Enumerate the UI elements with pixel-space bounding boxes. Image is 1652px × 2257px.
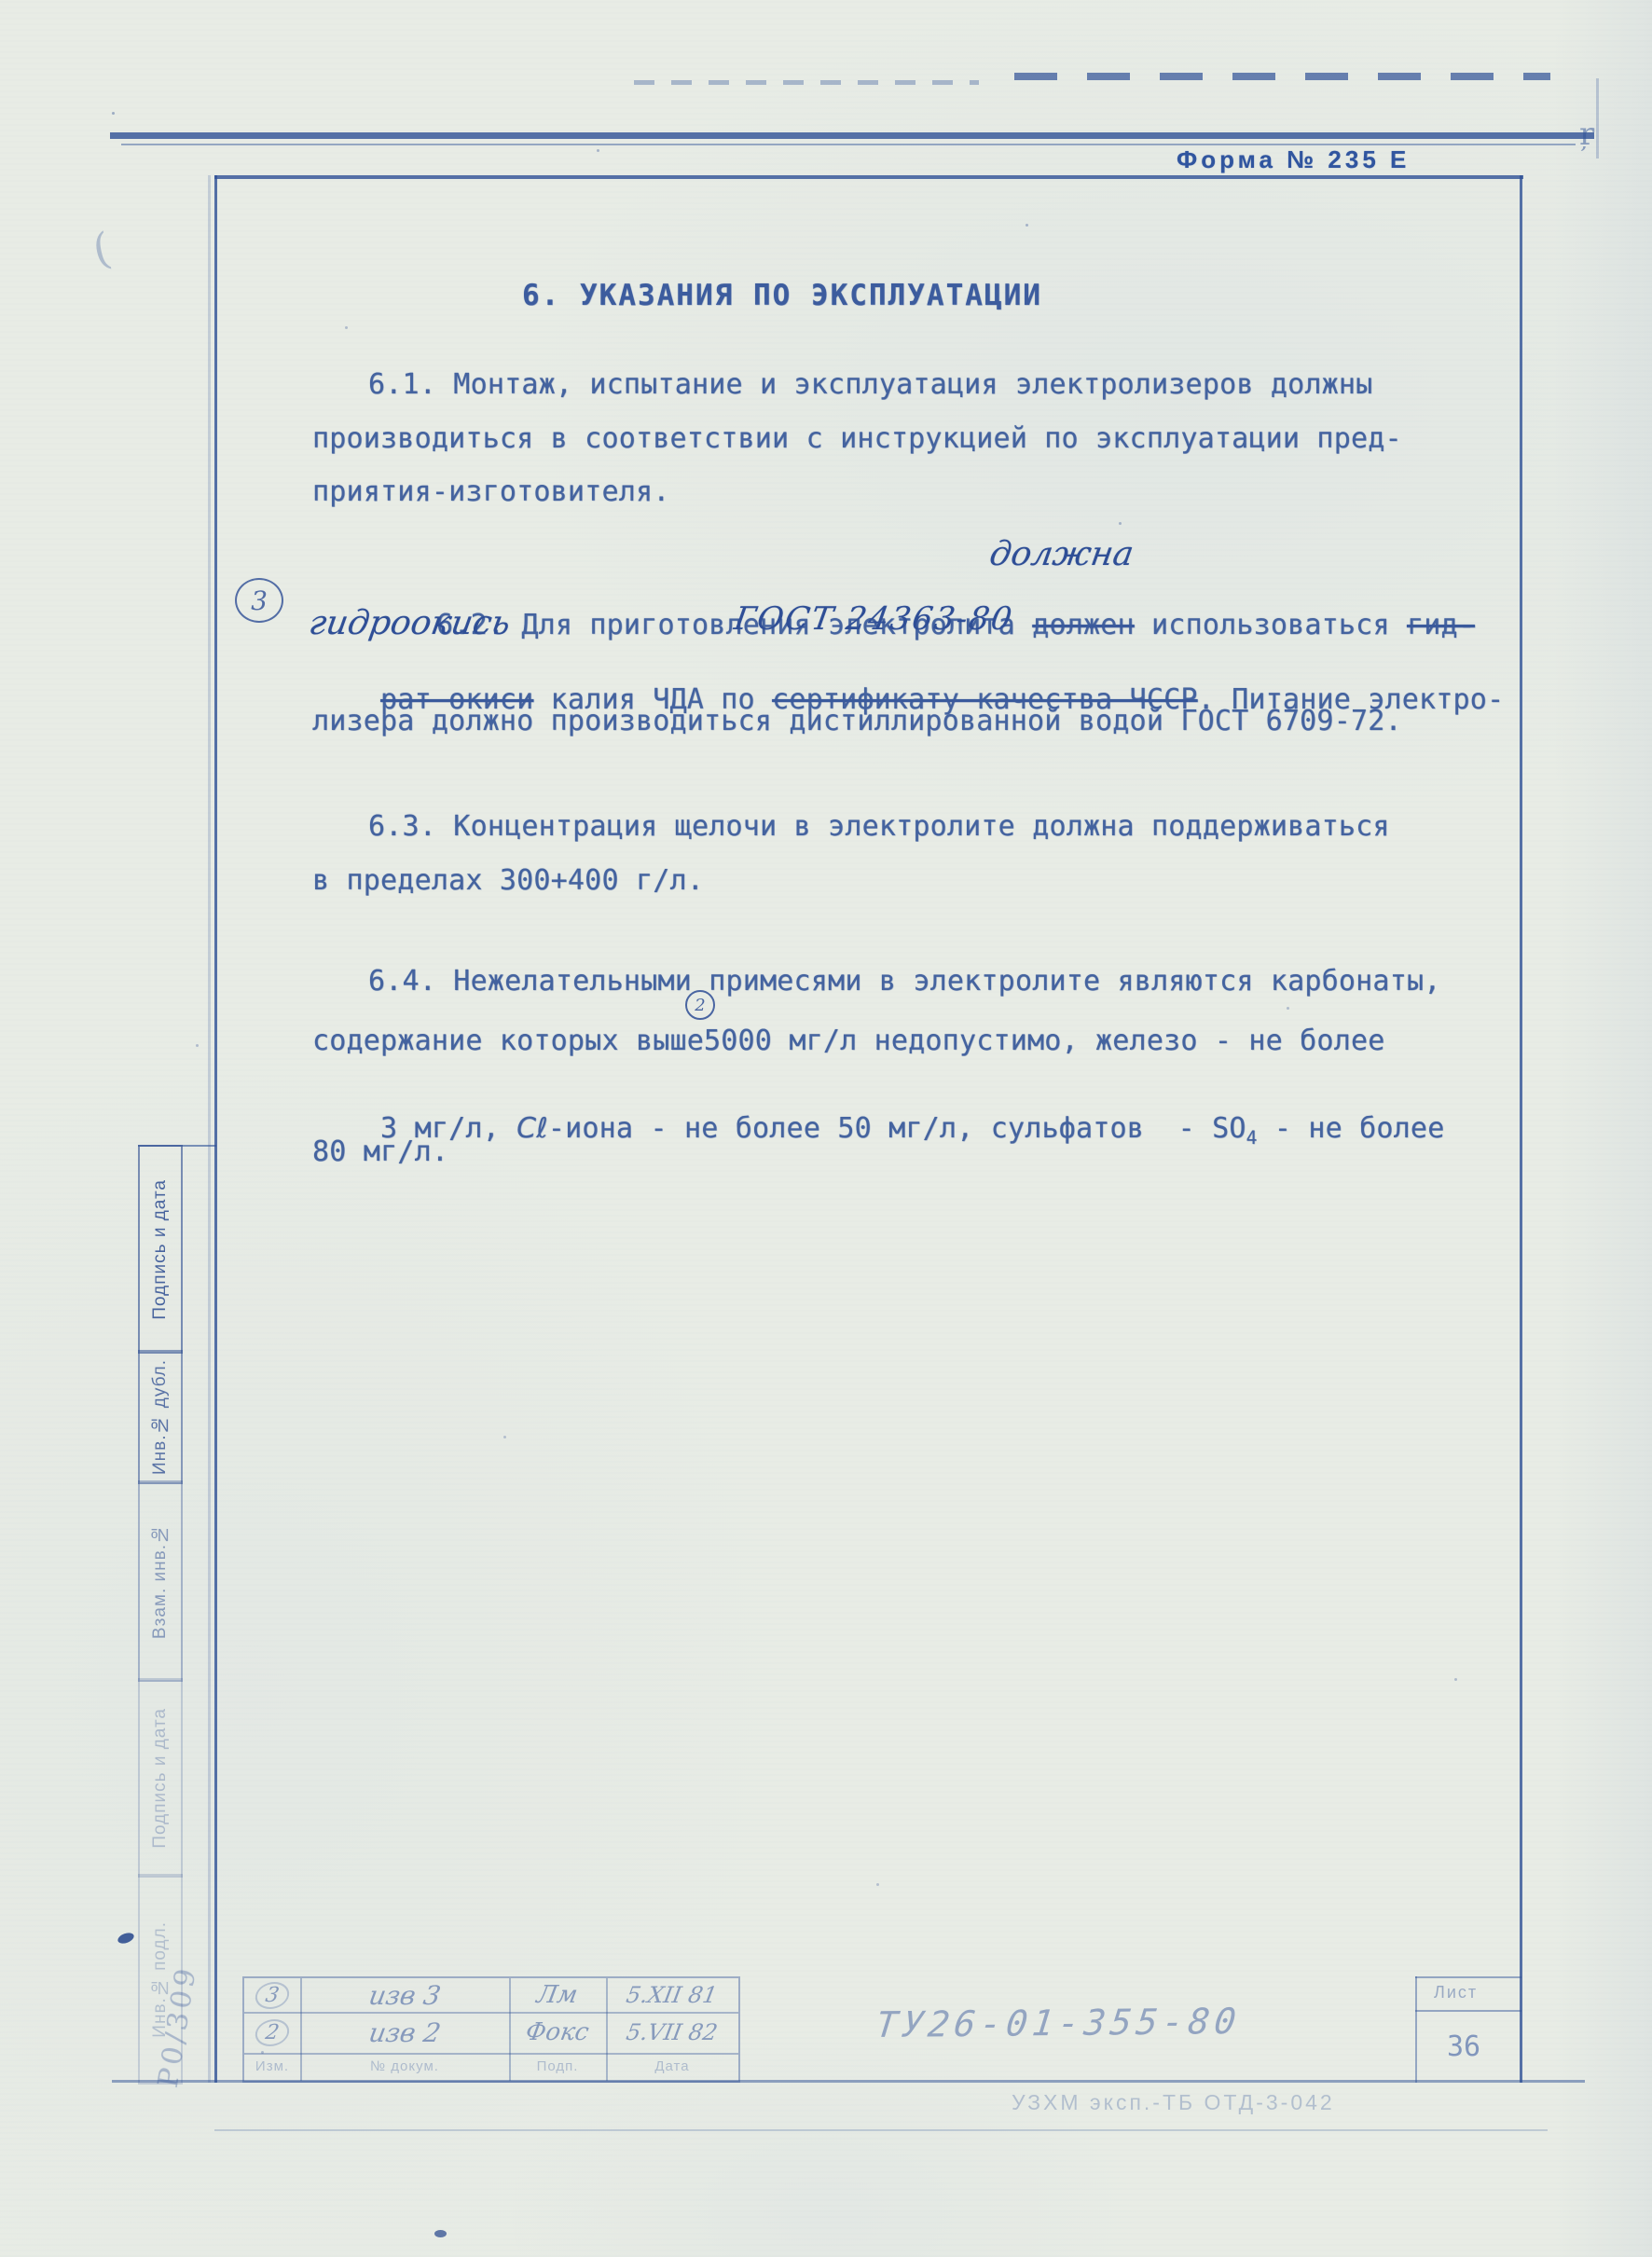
handwritten-dolzhna: должна [987,535,1136,573]
revision-row1-doc: изв 3 [300,1978,509,2012]
left-edge-mark: ( [89,223,116,276]
margin-revision-mark: 3 [235,578,283,623]
ink-blot [117,1931,135,1946]
p62-line1-mid: использоваться [1135,609,1407,641]
handwritten-cl-symbol: Сℓ [516,1112,548,1145]
revision-row2-doc: изв 2 [300,2012,509,2053]
sheet-box-top-line [1415,1976,1521,1978]
insert-mark-number: 2 [695,996,705,1015]
sheet-label: Лист [1434,1983,1478,2002]
handwritten-gidrookis: гидроокись [307,604,514,642]
sidebar-label: Взам. инв.№ [150,1523,171,1639]
handwritten-gost-24363: ГОСТ 24363-80 [732,600,1016,638]
revision-row2-signature: Фокс [509,2012,606,2053]
margin-revision-number: 3 [251,585,268,616]
sidebar-label: Подпись и дата [150,1708,171,1849]
form-number-label: Форма № 235 Е [1177,145,1410,174]
revision-row1-signature: Лм [509,1978,606,2012]
grid-header-data: Дата [606,2053,738,2079]
sidebar-label: Подпись и дата [150,1179,171,1320]
frame-left-line [214,175,217,2083]
p64-line-4: 80 мг/л. [312,1136,448,1168]
p64-line-2: содержание которых выше5000 мг/л недопус… [312,1025,1384,1057]
p64-line-3: 3 мг/л, Сℓ-иона - не более 50 мг/л, суль… [312,1081,1444,1186]
struck-word-gid: гид- [1407,609,1475,641]
sidebar-cell-podpis-data-1: Подпись и дата [138,1145,183,1354]
p61-line-2: производиться в соответствии с инструкци… [312,423,1402,455]
top-dashed-line-right [1014,73,1550,80]
grid-header-dokum: № докум. [300,2053,509,2079]
grid-header-izm: Изм. [244,2053,300,2079]
right-edge-tick: ŗ [1579,116,1594,153]
section-title: 6. УКАЗАНИЯ ПО ЭКСПЛУАТАЦИИ [522,280,1042,311]
frame-right-line [1520,175,1522,2083]
p62-line-3: лизера должно производиться дистиллирова… [312,706,1402,737]
p64-line-1: 6.4. Нежелательными примесями в электрол… [368,966,1440,998]
right-edge-faint-line [1596,78,1599,158]
p63-line-2: в пределах 300+400 г/л. [312,865,704,897]
revision-row2-date: 5.VII 82 [606,2012,738,2053]
p64-line3-end: - не более [1258,1112,1445,1145]
p63-line-1: 6.3. Концентрация щелочи в электролите д… [368,811,1390,843]
sheet-box-divider-line [1415,2010,1521,2012]
so4-subscript: 4 [1246,1127,1258,1149]
scanned-document-page: Форма № 235 Е ( ŗ 6. УКАЗАНИЯ ПО ЭКСПЛУА… [0,0,1652,2257]
sidebar-cell-podpis-data-2: Подпись и дата [138,1678,183,1878]
scan-noise-dots [112,112,115,115]
sheet-box-left-line [1415,1976,1417,2083]
ink-speck [434,2230,447,2237]
grid-header-podp: Подп. [509,2053,606,2079]
document-number-stamp: ТУ26-01-355-80 [874,2001,1243,2045]
sheet-number: 36 [1447,2030,1480,2063]
revision-row2-num: 2 [244,2012,300,2053]
revision-grid: 3 изв 3 Лм 5.XII 81 2 изв 2 Фокс 5.VII 8… [242,1976,740,2083]
p61-line-3: приятия-изготовителя. [312,476,670,508]
top-dashed-line-left [634,80,979,85]
revision-row1-num: 3 [244,1978,300,2012]
p61-line-1: 6.1. Монтаж, испытание и эксплуатация эл… [368,369,1372,401]
revision-row1-date: 5.XII 81 [606,1978,738,2012]
bottom-faint-line [214,2129,1548,2131]
struck-word-dolzhen: должен [1032,609,1135,641]
frame-top-line [214,175,1523,179]
insert-mark-circle: 2 [685,990,715,1020]
p64-line3-mid: -иона - не более 50 мг/л, сульфатов - SO [548,1112,1246,1145]
top-rule-thick [110,132,1594,139]
sidebar-cell-vzam-inv: Взам. инв.№ [138,1480,183,1682]
sidebar-cell-inv-dubl: Инв.№ дубл. [138,1350,183,1484]
sidebar-label: Инв.№ дубл. [150,1359,171,1475]
archive-stamp-text: УЗХМ эксп.-ТБ ОТД-3-042 [1012,2090,1335,2115]
